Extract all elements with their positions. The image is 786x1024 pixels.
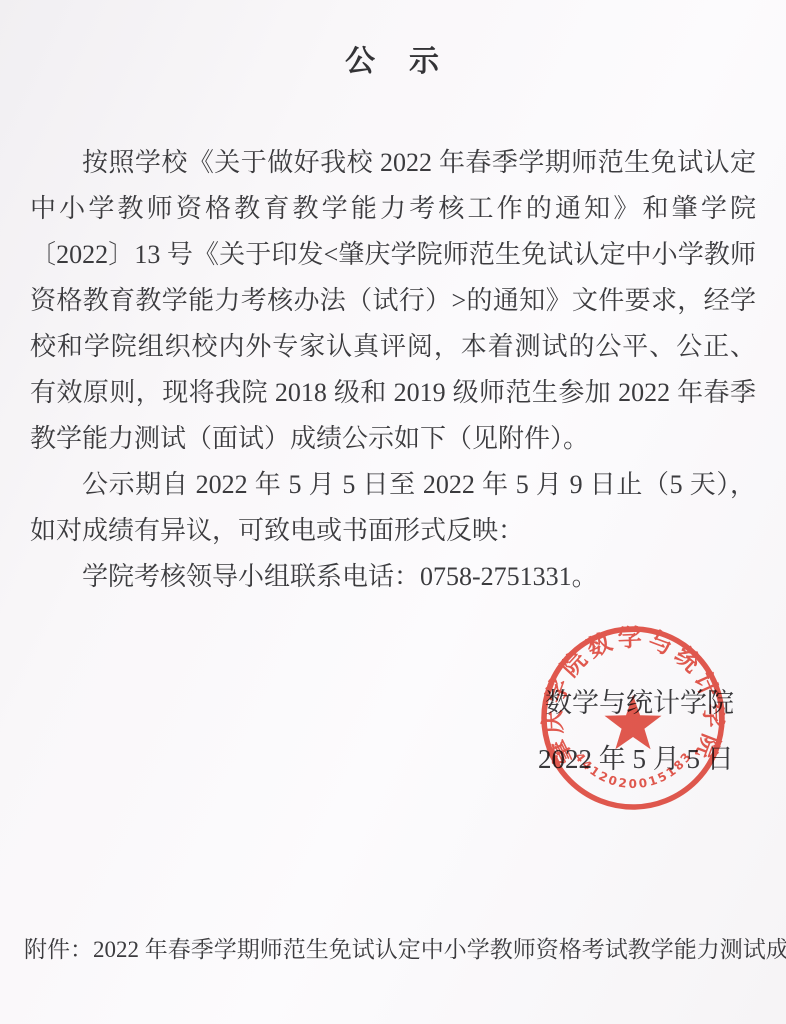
paragraph-main: 按照学校《关于做好我校 2022 年春季学期师范生免试认定中小学教师资格教育教学… <box>30 140 756 462</box>
announcement-body: 按照学校《关于做好我校 2022 年春季学期师范生免试认定中小学教师资格教育教学… <box>30 140 756 600</box>
document-page: 公 示 按照学校《关于做好我校 2022 年春季学期师范生免试认定中小学教师资格… <box>0 0 786 1024</box>
paragraph-period: 公示期自 2022 年 5 月 5 日至 2022 年 5 月 9 日止（5 天… <box>30 462 756 554</box>
paragraph-contact: 学院考核领导小组联系电话：0758-2751331。 <box>30 554 756 600</box>
signature-organization: 数学与统计学院 <box>545 681 734 720</box>
attachment-note: 附件：2022 年春季学期师范生免试认定中小学教师资格考试教学能力测试成绩 <box>24 931 774 964</box>
page-title: 公 示 <box>0 36 786 80</box>
signature-date: 2022 年 5 月 5 日 <box>538 737 734 776</box>
